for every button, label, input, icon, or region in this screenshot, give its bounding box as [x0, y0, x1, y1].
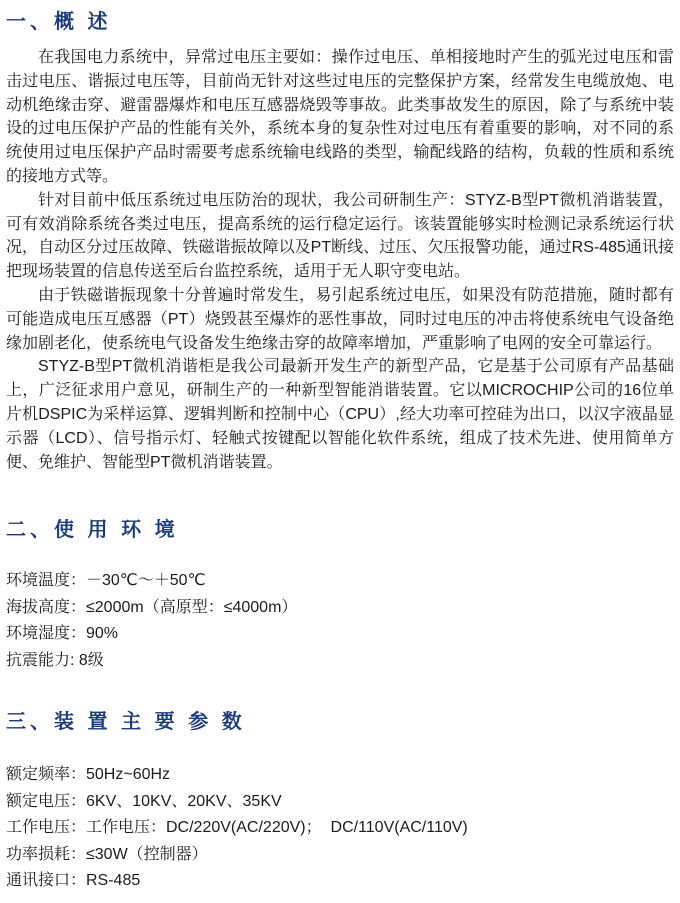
environment-spec-list: 环境温度：－30℃～＋50℃ 海拔高度：≤2000m（高原型：≤4000m） 环…: [6, 568, 674, 674]
overview-paragraphs: 在我国电力系统中，异常过电压主要如：操作过电压、单相接地时产生的弧光过电压和雷击…: [6, 46, 674, 474]
parameters-spec-list: 额定频率：50Hz~60Hz 额定电压：6KV、10KV、20KV、35KV 工…: [6, 762, 674, 895]
spec-altitude: 海拔高度：≤2000m（高原型：≤4000m）: [6, 595, 674, 622]
paragraph-1: 在我国电力系统中，异常过电压主要如：操作过电压、单相接地时产生的弧光过电压和雷击…: [6, 46, 674, 189]
spec-communication-interface: 通讯接口：RS-485: [6, 868, 674, 895]
spec-rated-frequency: 额定频率：50Hz~60Hz: [6, 762, 674, 789]
section-environment: 二、使 用 环 境 环境温度：－30℃～＋50℃ 海拔高度：≤2000m（高原型…: [6, 518, 674, 674]
section-1-heading: 一、概 述: [6, 10, 674, 34]
section-parameters: 三、装 置 主 要 参 数 额定频率：50Hz~60Hz 额定电压：6KV、10…: [6, 710, 674, 895]
section-3-heading: 三、装 置 主 要 参 数: [6, 710, 674, 734]
spec-seismic-capacity: 抗震能力: 8级: [6, 648, 674, 675]
spec-humidity: 环境湿度：90%: [6, 621, 674, 648]
document-page: 一、概 述 在我国电力系统中，异常过电压主要如：操作过电压、单相接地时产生的弧光…: [0, 0, 680, 903]
spec-ambient-temperature: 环境温度：－30℃～＋50℃: [6, 568, 674, 595]
spec-power-consumption: 功率损耗：≤30W（控制器）: [6, 842, 674, 869]
section-overview: 一、概 述 在我国电力系统中，异常过电压主要如：操作过电压、单相接地时产生的弧光…: [6, 10, 674, 474]
spec-working-voltage: 工作电压：工作电压：DC/220V(AC/220V)； DC/110V(AC/1…: [6, 815, 674, 842]
paragraph-2: 针对目前中低压系统过电压防治的现状，我公司研制生产：STYZ-B型PT微机消谐装…: [6, 189, 674, 284]
section-2-heading: 二、使 用 环 境: [6, 518, 674, 542]
spec-rated-voltage: 额定电压：6KV、10KV、20KV、35KV: [6, 789, 674, 816]
paragraph-4: STYZ-B型PT微机消谐柜是我公司最新开发生产的新型产品，它是基于公司原有产品…: [6, 355, 674, 474]
paragraph-3: 由于铁磁谐振现象十分普遍时常发生，易引起系统过电压，如果没有防范措施，随时都有可…: [6, 284, 674, 355]
